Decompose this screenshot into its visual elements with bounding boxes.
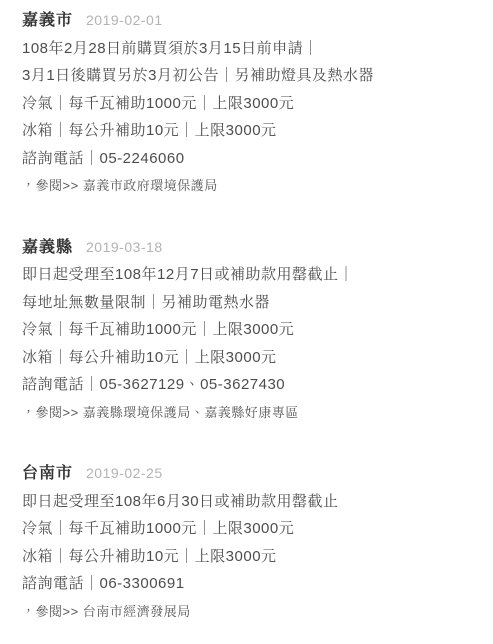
entry-line: 每地址無數量限制｜另補助電熱水器 — [22, 289, 473, 317]
subsidy-entry-chiayi-county: 嘉義縣2019-03-18 即日起受理至108年12月7日或補助款用罄截止｜ 每… — [22, 234, 473, 427]
reference-line: ，參閱>> 嘉義市政府環境保護局 — [22, 172, 473, 200]
reference-line: ，參閱>> 台南市經濟發展局 — [22, 598, 473, 626]
entry-line: 即日起受理至108年12月7日或補助款用罄截止｜ — [22, 261, 473, 289]
entry-line-aircon: 冷氣｜每千瓦補助1000元｜上限3000元 — [22, 515, 473, 543]
entry-line-phone: 諮詢電話｜05-3627129、05-3627430 — [22, 371, 473, 399]
post-date: 2019-02-25 — [86, 465, 163, 481]
city-name: 嘉義縣 — [22, 239, 73, 256]
reference-link-chiayi-county-deals[interactable]: 嘉義縣好康專區 — [204, 405, 299, 420]
entry-header: 台南市2019-02-25 — [22, 460, 473, 488]
entry-header: 嘉義市2019-02-01 — [22, 7, 473, 35]
entry-header: 嘉義縣2019-03-18 — [22, 234, 473, 262]
subsidy-entry-tainan-city: 台南市2019-02-25 即日起受理至108年6月30日或補助款用罄截止 冷氣… — [22, 460, 473, 625]
entry-line-aircon: 冷氣｜每千瓦補助1000元｜上限3000元 — [22, 316, 473, 344]
reference-prefix: ，參閱>> — [22, 178, 83, 193]
city-name: 嘉義市 — [22, 12, 73, 29]
entry-line-aircon: 冷氣｜每千瓦補助1000元｜上限3000元 — [22, 90, 473, 118]
reference-prefix: ，參閱>> — [22, 604, 83, 619]
city-name: 台南市 — [22, 465, 73, 482]
entry-line: 即日起受理至108年6月30日或補助款用罄截止 — [22, 488, 473, 516]
entry-line-fridge: 冰箱｜每公升補助10元｜上限3000元 — [22, 117, 473, 145]
reference-line: ，參閱>> 嘉義縣環境保護局、嘉義縣好康專區 — [22, 399, 473, 427]
subsidy-list-page: 嘉義市2019-02-01 108年2月28日前購買須於3月15日前申請｜ 3月… — [0, 0, 493, 644]
reference-separator: 、 — [191, 405, 205, 420]
post-date: 2019-02-01 — [86, 12, 163, 28]
reference-prefix: ，參閱>> — [22, 405, 83, 420]
reference-link-chiayi-county-epb[interactable]: 嘉義縣環境保護局 — [83, 405, 191, 420]
entry-line-fridge: 冰箱｜每公升補助10元｜上限3000元 — [22, 344, 473, 372]
post-date: 2019-03-18 — [86, 239, 163, 255]
entry-line: 108年2月28日前購買須於3月15日前申請｜ — [22, 35, 473, 63]
entry-line-phone: 諮詢電話｜05-2246060 — [22, 145, 473, 173]
reference-link-tainan-econ-dev[interactable]: 台南市經濟發展局 — [83, 604, 191, 619]
reference-link-chiayi-city-epb[interactable]: 嘉義市政府環境保護局 — [83, 178, 218, 193]
entry-line: 3月1日後購買另於3月初公告｜另補助燈具及熱水器 — [22, 62, 473, 90]
subsidy-entry-chiayi-city: 嘉義市2019-02-01 108年2月28日前購買須於3月15日前申請｜ 3月… — [22, 7, 473, 200]
entry-line-phone: 諮詢電話｜06-3300691 — [22, 570, 473, 598]
entry-line-fridge: 冰箱｜每公升補助10元｜上限3000元 — [22, 543, 473, 571]
